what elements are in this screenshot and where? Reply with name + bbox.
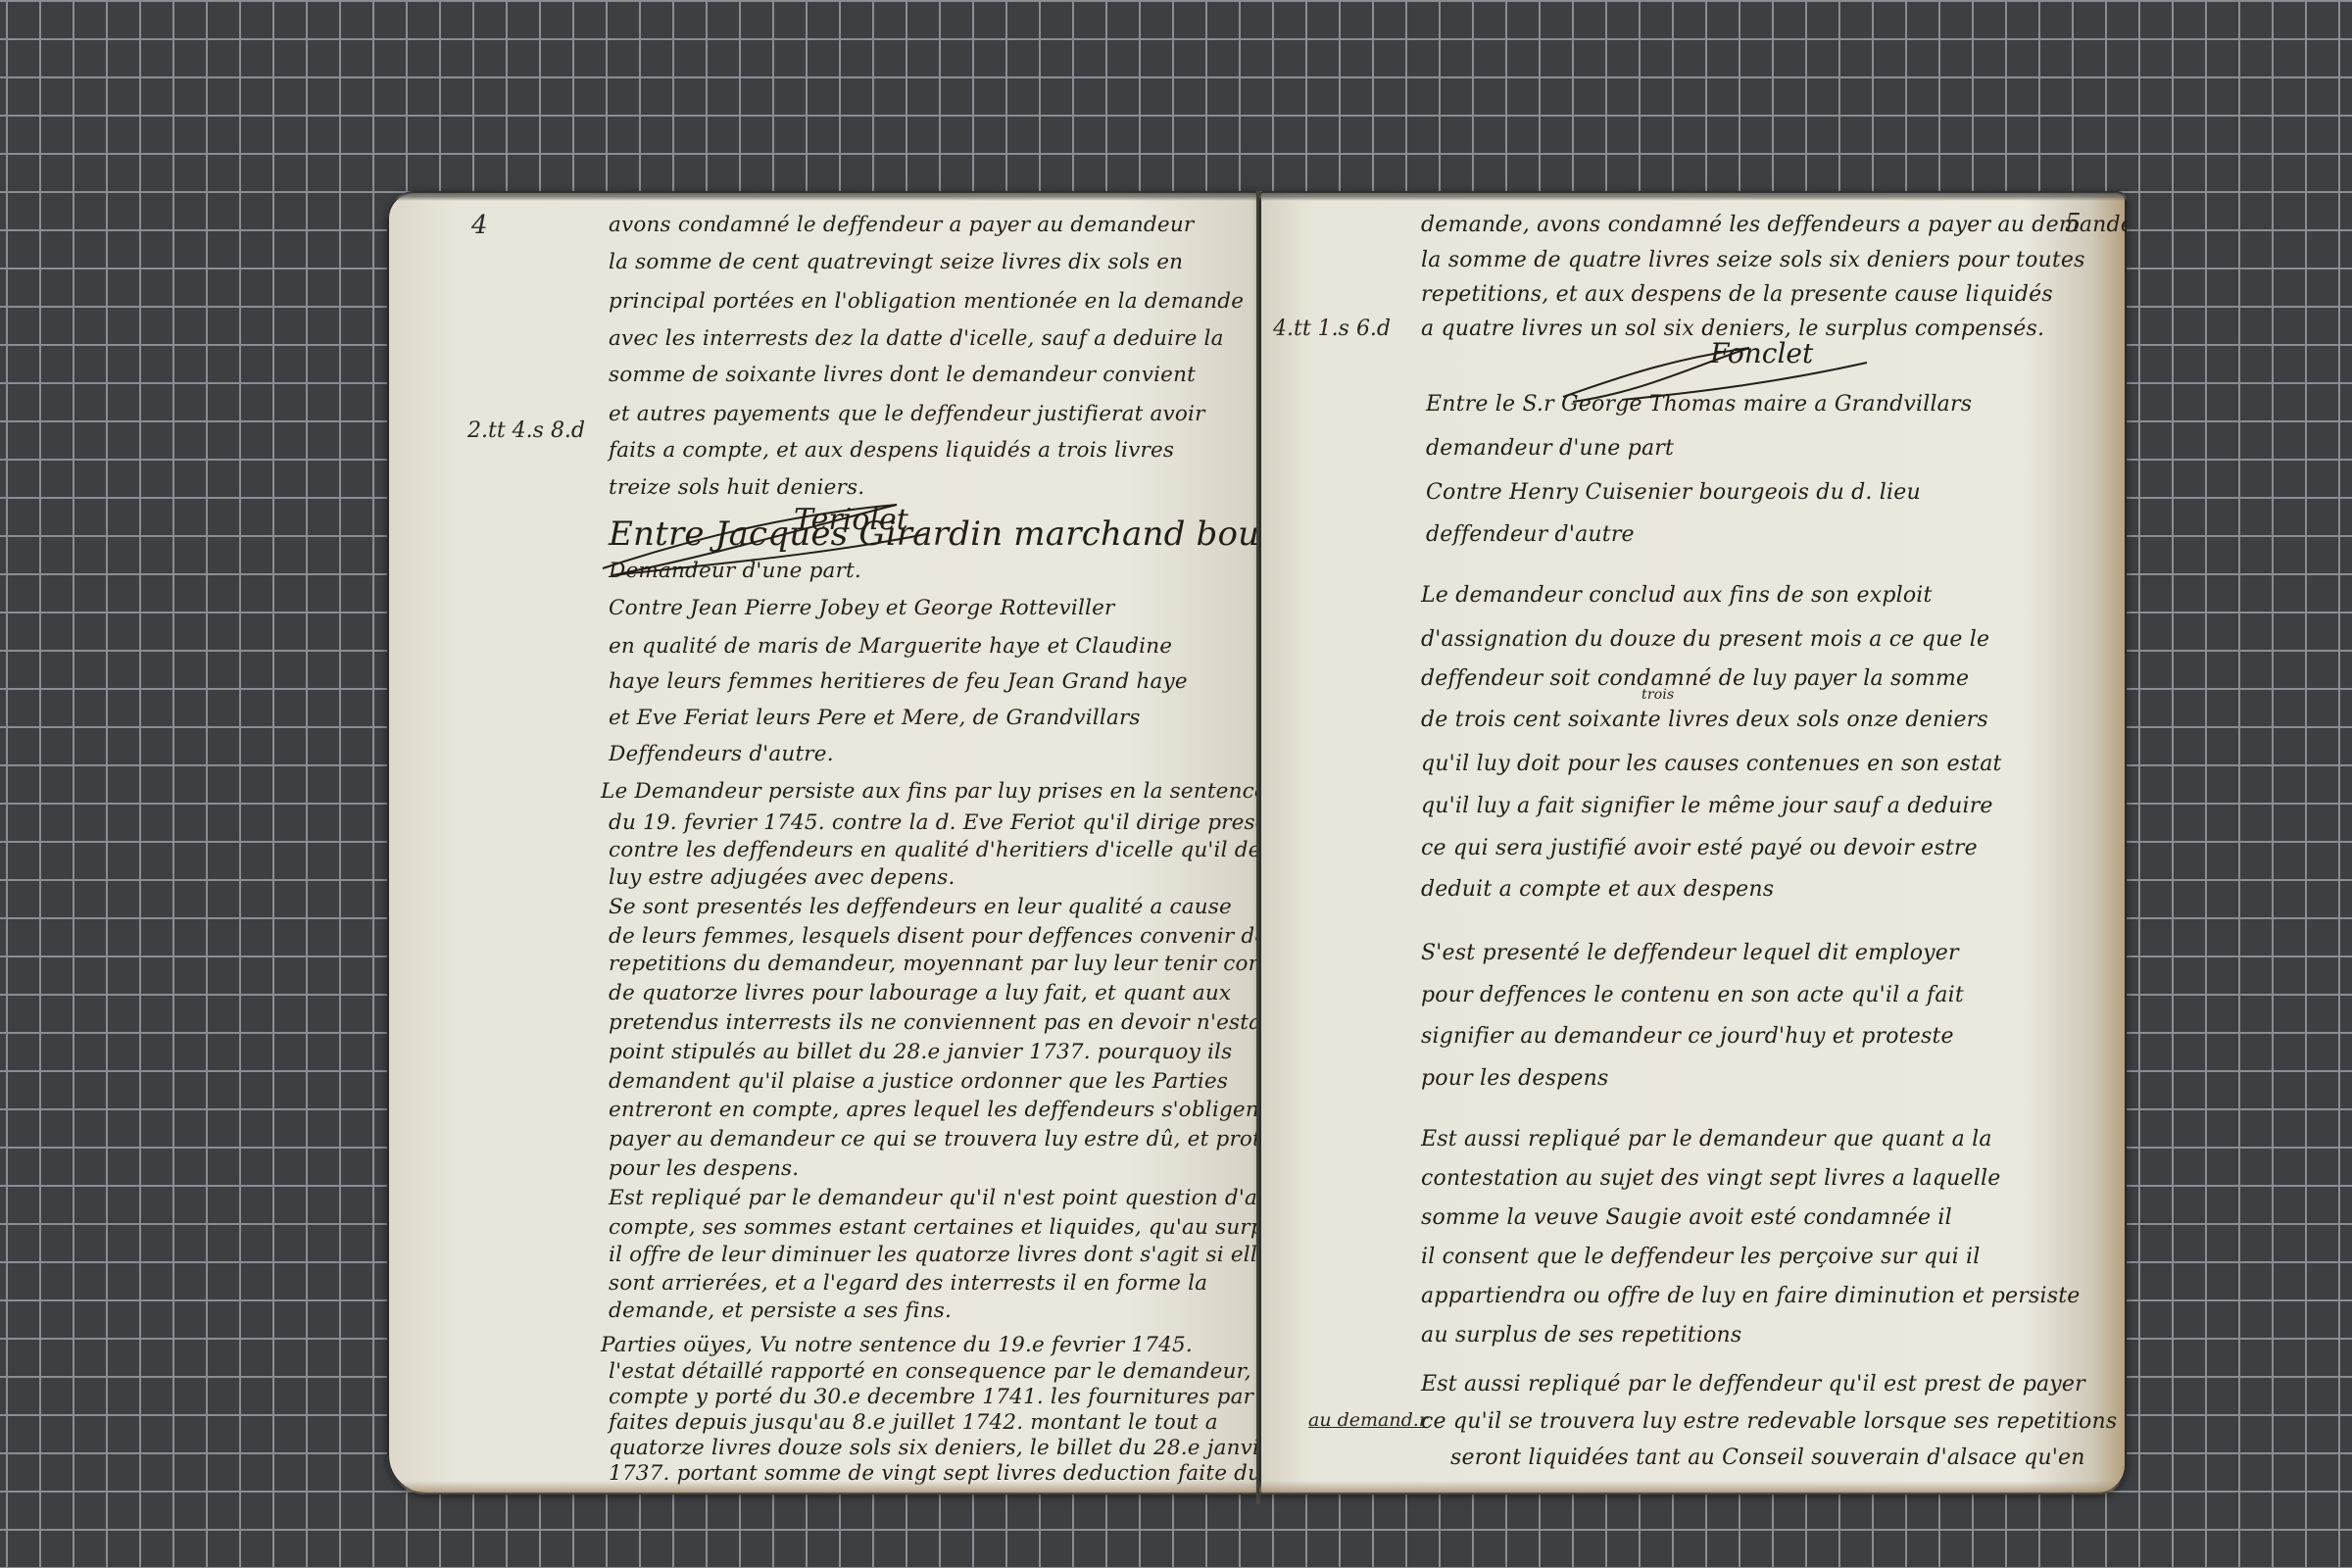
text-line: avec les interrests dez la datte d'icell… (609, 326, 1224, 351)
page-number: 4 (471, 211, 488, 240)
text-line: pour les despens. (609, 1156, 799, 1181)
text-line: la somme de cent quatrevingt seize livre… (609, 250, 1183, 274)
text-line: Le Demandeur persiste aux fins par luy p… (601, 779, 1259, 804)
text-line: deffendeur d'autre (1426, 522, 1635, 547)
text-line: signifier au demandeur ce jourd'huy et p… (1421, 1024, 1954, 1049)
text-line: compte y porté du 30.e decembre 1741. le… (609, 1385, 1259, 1409)
text-line: compte, ses sommes estant certaines et l… (609, 1215, 1259, 1240)
text-line: contre les deffendeurs en qualité d'heri… (609, 838, 1259, 862)
text-line: pretendus interrests ils ne conviennent … (609, 1010, 1259, 1035)
text-line: de leurs femmes, lesquels disent pour de… (609, 924, 1259, 949)
text-line: et autres payements que le deffendeur ju… (609, 402, 1205, 426)
text-line: Le demandeur conclud aux fins de son exp… (1421, 583, 1933, 608)
text-line: du 19. fevrier 1745. contre la d. Eve Fe… (609, 810, 1259, 835)
text-line: demandent qu'il plaise a justice ordonne… (609, 1069, 1228, 1094)
text-line: Entre Jacques Girardin marchand bourgeoi… (609, 514, 1259, 554)
text-line: somme de soixante livres dont le demande… (609, 363, 1196, 387)
page-edge-shadow (387, 191, 1259, 201)
text-line: sont arrierées, et a l'egard des interre… (609, 1271, 1207, 1296)
text-line: demande, avons condamné les deffendeurs … (1421, 213, 2127, 237)
text-line: Contre Henry Cuisenier bourgeois du d. l… (1426, 480, 1921, 505)
text-line: appartiendra ou offre de luy en faire di… (1421, 1284, 2080, 1308)
text-line: pour deffences le contenu en son acte qu… (1421, 983, 1964, 1007)
text-line: il consent que le deffendeur les perçoiv… (1421, 1245, 1981, 1269)
text-line: deffendeur soit condamné de luy payer la… (1421, 666, 1969, 691)
interlinear-insertion: trois (1641, 687, 1674, 703)
left-page: 4 avons condamné le deffendeur a payer a… (387, 191, 1259, 1494)
right-page: 5 demande, avons condamné les deffendeur… (1259, 191, 2127, 1494)
text-line: demande, et persiste a ses fins. (609, 1298, 952, 1323)
text-line: au surplus de ses repetitions (1421, 1323, 1741, 1347)
text-line: ce qu'il se trouvera luy estre redevable… (1421, 1409, 2117, 1434)
text-line: qu'il luy a fait signifier le même jour … (1421, 794, 1993, 818)
text-line: qu'il luy doit pour les causes contenues… (1421, 752, 2002, 776)
page-edge-shadow (1259, 191, 2127, 201)
text-line: demandeur d'une part (1426, 436, 1674, 461)
text-line: il offre de leur diminuer les quatorze l… (609, 1243, 1259, 1267)
text-line: haye leurs femmes heritieres de feu Jean… (609, 669, 1188, 694)
text-line: payer au demandeur ce qui se trouvera lu… (609, 1127, 1259, 1151)
text-line: Est aussi repliqué par le deffendeur qu'… (1421, 1372, 2085, 1396)
text-line: repetitions du demandeur, moyennant par … (609, 952, 1259, 976)
text-line: Se sont presentés les deffendeurs en leu… (609, 895, 1232, 919)
svg-text:Fonclet: Fonclet (1709, 337, 1814, 369)
text-line: la somme de quatre livres seize sols six… (1421, 248, 2085, 272)
text-line: principal portées en l'obligation mentio… (609, 289, 1244, 314)
text-line: et Eve Feriat leurs Pere et Mere, de Gra… (609, 706, 1141, 730)
margin-amount-note: 4.tt 1.s 6.d (1273, 317, 1391, 341)
open-register-book: 4 avons condamné le deffendeur a payer a… (0, 0, 2352, 1568)
text-line: entreront en compte, apres lequel les de… (609, 1098, 1259, 1122)
text-line: faits a compte, et aux despens liquidés … (609, 438, 1174, 463)
margin-note: au demand.r (1308, 1409, 1428, 1431)
text-line: repetitions, et aux despens de la presen… (1421, 282, 2053, 307)
text-line: Parties oüyes, Vu notre sentence du 19.e… (601, 1333, 1193, 1357)
page-edge-wear (1259, 1481, 2127, 1494)
text-line: Entre le S.r George Thomas maire a Grand… (1426, 392, 1972, 416)
text-line: point stipulés au billet du 28.e janvier… (609, 1040, 1232, 1064)
text-line: contestation au sujet des vingt sept liv… (1421, 1166, 2000, 1191)
text-line: faites depuis jusqu'au 8.e juillet 1742.… (609, 1410, 1218, 1435)
text-line: de quatorze livres pour labourage a luy … (609, 981, 1231, 1005)
page-edge-wear (387, 1481, 1259, 1494)
text-line: luy estre adjugées avec depens. (609, 865, 955, 890)
section-heading: Entre Jacques Girardin marchand bourgeoi… (609, 514, 1259, 554)
text-line: Contre Jean Pierre Jobey et George Rotte… (609, 596, 1115, 620)
text-line: S'est presenté le deffendeur lequel dit … (1421, 941, 1959, 965)
margin-amount-note: 2.tt 4.s 8.d (467, 418, 585, 443)
text-line: en qualité de maris de Marguerite haye e… (609, 634, 1172, 659)
text-line: d'assignation du douze du present mois a… (1421, 627, 1989, 652)
text-line: ce qui sera justifié avoir esté payé ou … (1421, 836, 1978, 860)
text-line: Est aussi repliqué par le demandeur que … (1421, 1127, 1992, 1151)
text-line: Est repliqué par le demandeur qu'il n'es… (609, 1186, 1259, 1210)
text-line: avons condamné le deffendeur a payer au … (609, 213, 1194, 237)
text-line: l'estat détaillé rapporté en consequence… (609, 1359, 1259, 1384)
text-line: Demandeur d'une part. (609, 559, 861, 583)
text-line: seront liquidées tant au Conseil souvera… (1450, 1445, 2085, 1470)
text-line: quatorze livres douze sols six deniers, … (609, 1436, 1259, 1460)
text-line: pour les despens (1421, 1066, 1609, 1091)
text-line: deduit a compte et aux despens (1421, 877, 1774, 902)
text-line: de trois cent soixante livres deux sols … (1421, 708, 1988, 732)
text-line: Deffendeurs d'autre. (609, 742, 834, 766)
text-line: somme la veuve Saugie avoit esté condamn… (1421, 1205, 1952, 1230)
